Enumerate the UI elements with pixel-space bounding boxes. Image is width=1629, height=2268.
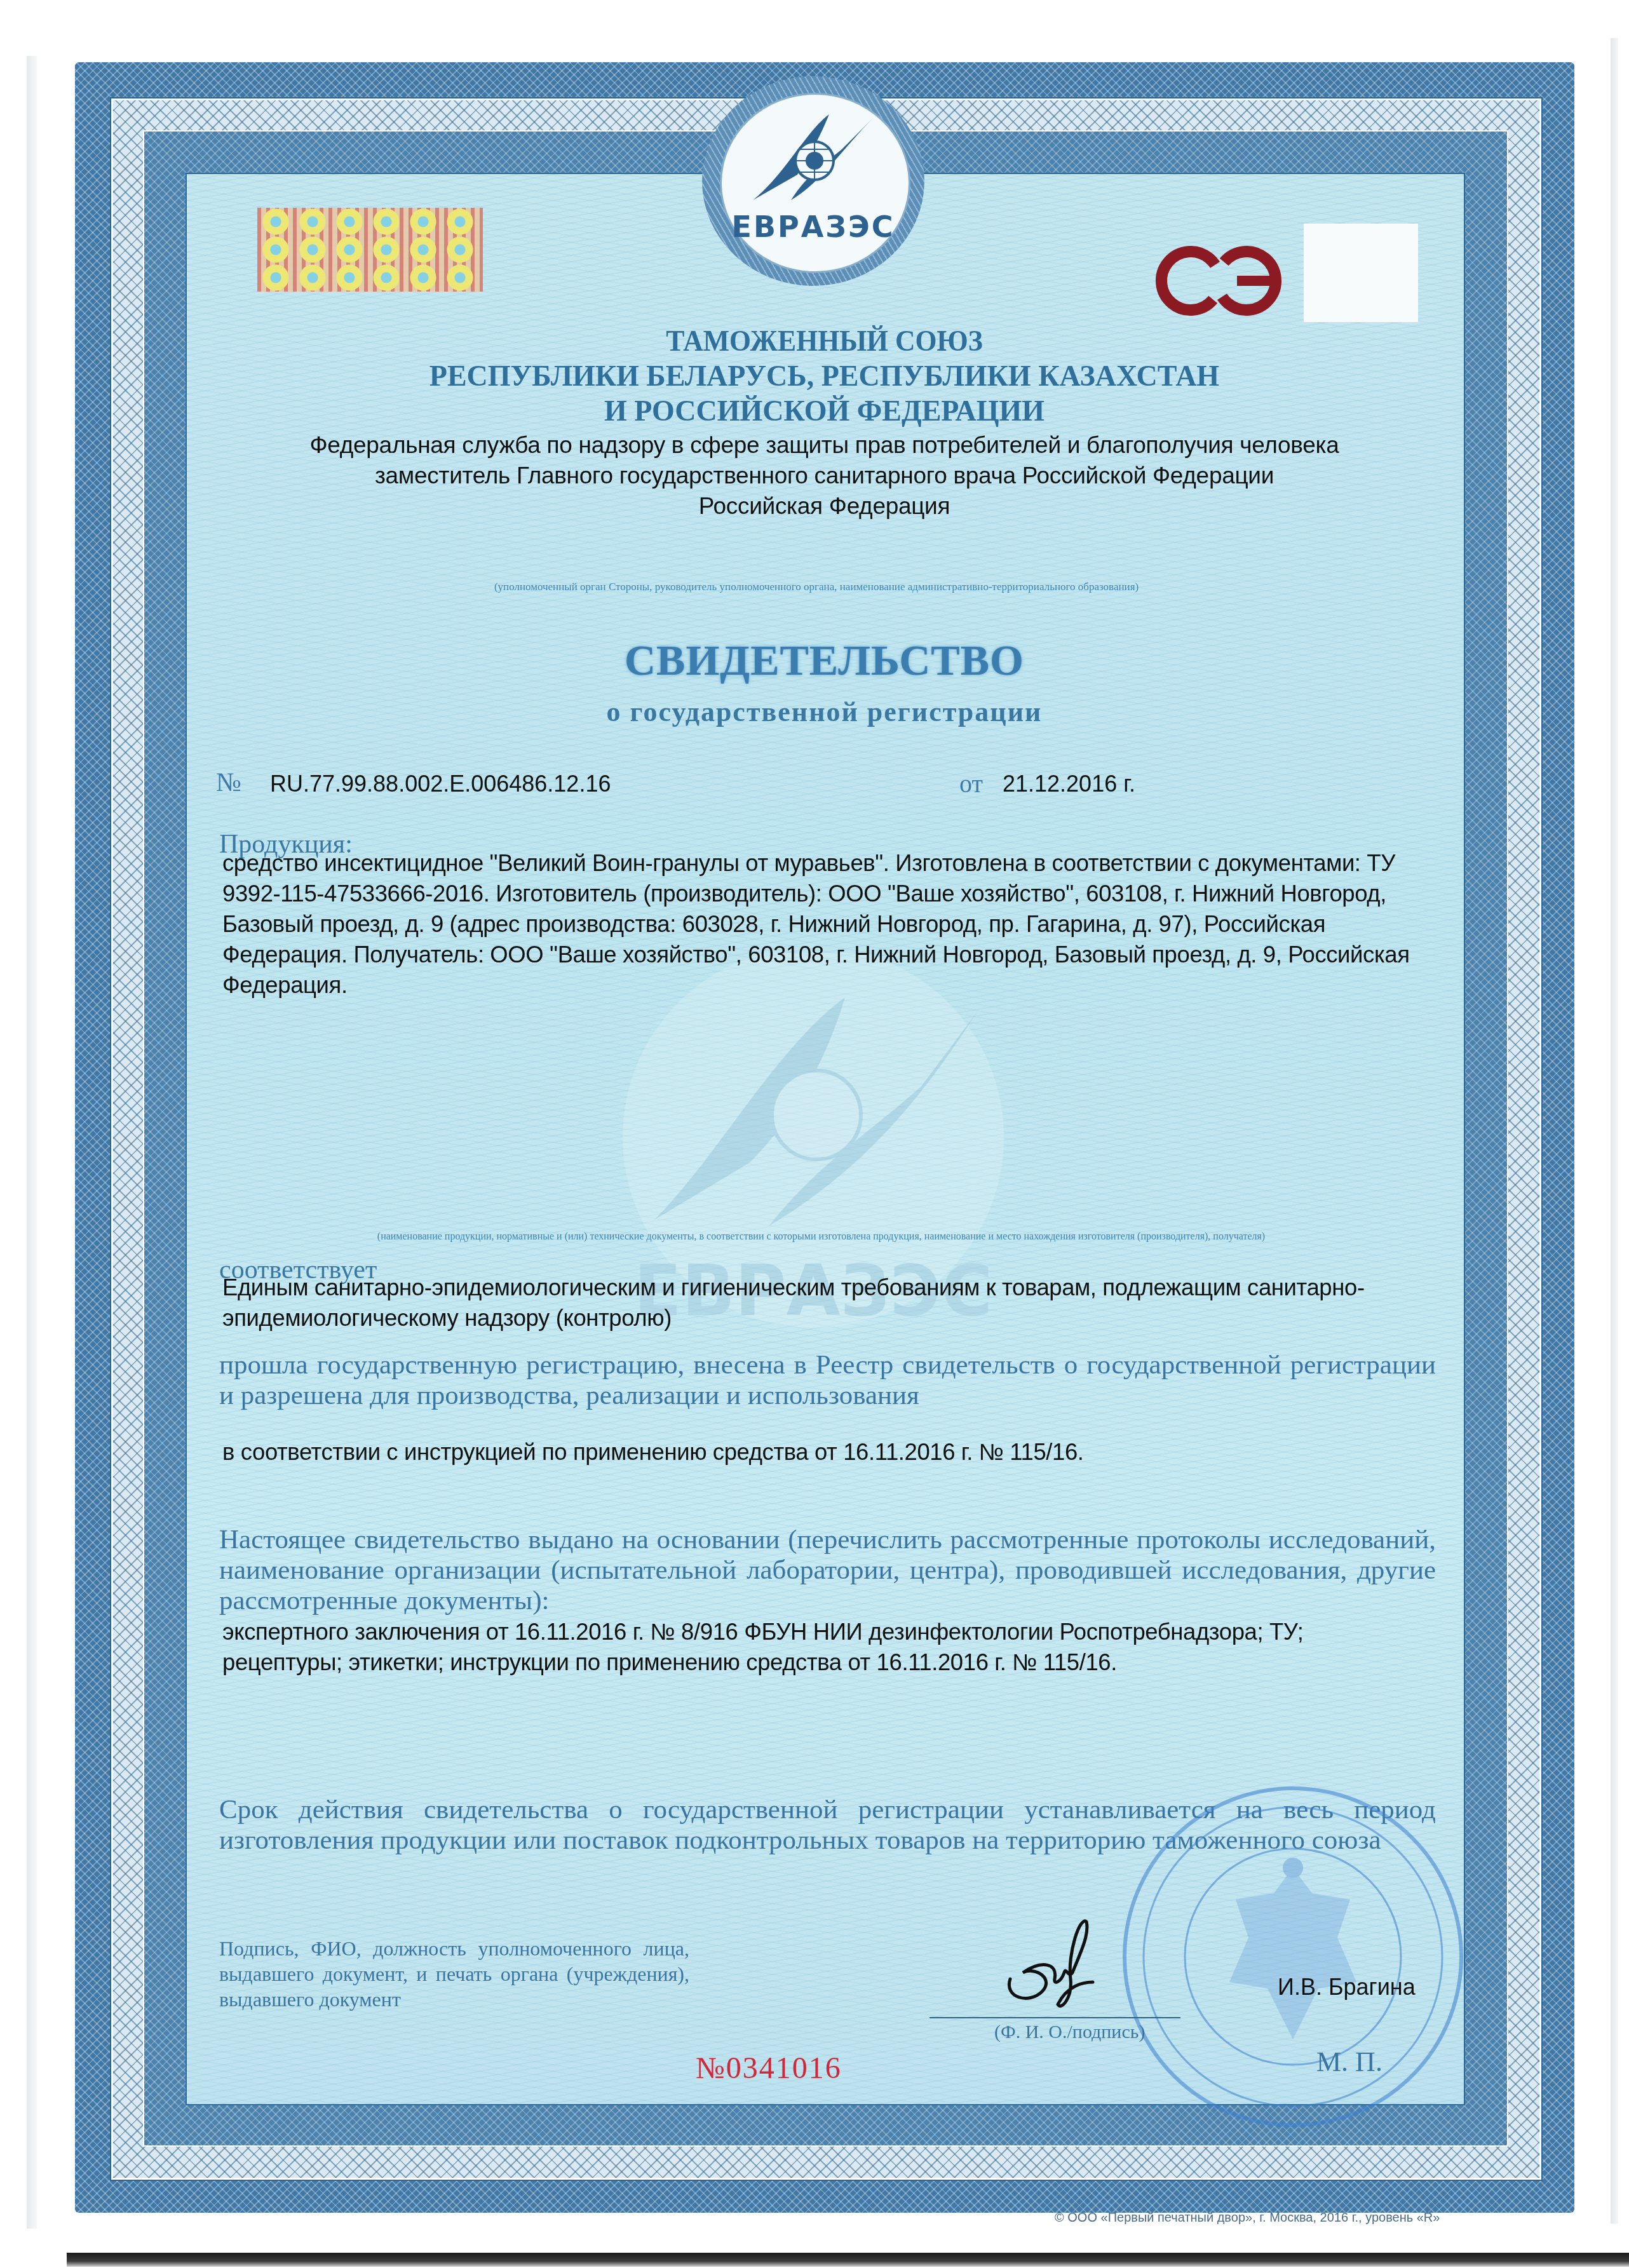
number-label: № bbox=[216, 767, 241, 798]
signature-line-caption: (Ф. И. О./подпись) bbox=[994, 2022, 1145, 2043]
certificate-date: 21.12.2016 г. bbox=[1003, 771, 1135, 797]
basis-statement: Настоящее свидетельство выдано на основа… bbox=[219, 1525, 1436, 1616]
handwritten-signature-icon bbox=[997, 1909, 1125, 2011]
signature-caption: Подпись, ФИО, должность уполномоченного … bbox=[219, 1936, 689, 2012]
member-states-line: РЕСПУБЛИКИ БЕЛАРУСЬ, РЕСПУБЛИКИ КАЗАХСТА… bbox=[187, 359, 1461, 393]
hologram-removed-patch bbox=[1304, 224, 1418, 322]
authority-official: заместитель Главного государственного са… bbox=[187, 462, 1461, 489]
basis-documents: экспертного заключения от 16.11.2016 г. … bbox=[222, 1617, 1430, 1678]
customs-union-conformity-mark-icon bbox=[1151, 243, 1291, 319]
scan-edge-bar bbox=[67, 2253, 1629, 2267]
product-description: средство инсектицидное "Великий Воин-гра… bbox=[222, 848, 1430, 1001]
official-seal-stamp-icon bbox=[1083, 1772, 1490, 2128]
member-states-line: И РОССИЙСКОЙ ФЕДЕРАЦИИ bbox=[187, 394, 1461, 428]
signer-name: И.В. Брагина bbox=[1278, 1974, 1416, 2001]
seal-place-label: М. П. bbox=[1316, 2046, 1382, 2078]
authority-country: Российская Федерация bbox=[187, 493, 1461, 520]
usage-instruction: в соответствии с инструкцией по применен… bbox=[222, 1437, 1430, 1468]
conformity-requirements: Единым санитарно-эпидемиологическим и ги… bbox=[222, 1272, 1430, 1333]
date-label: от bbox=[959, 769, 983, 799]
product-caption: (наименование продукции, нормативные и (… bbox=[213, 1231, 1430, 1243]
authority-caption: (уполномоченный орган Стороны, руководит… bbox=[289, 581, 1344, 593]
customs-union-title: ТАМОЖЕННЫЙ СОЮЗ bbox=[219, 324, 1430, 358]
signature-line bbox=[929, 2017, 1180, 2018]
page-edge-right bbox=[1611, 38, 1618, 2224]
hologram-sticker-icon bbox=[257, 208, 483, 292]
certificate-title: СВИДЕТЕЛЬСТВО bbox=[187, 635, 1461, 685]
printer-copyright: © ООО «Первый печатный двор», г. Москва,… bbox=[1055, 2211, 1440, 2225]
certificate-subtitle: о государственной регистрации bbox=[187, 696, 1461, 728]
form-serial-number: №0341016 bbox=[696, 2051, 842, 2086]
page-edge-left bbox=[27, 56, 37, 2229]
eurasec-emblem: ЕВРАЗЭС bbox=[702, 76, 924, 286]
certificate-number: RU.77.99.88.002.E.006486.12.16 bbox=[270, 771, 611, 797]
eurasec-logo-icon bbox=[747, 105, 880, 210]
emblem-label: ЕВРАЗЭС bbox=[702, 210, 924, 244]
registration-statement: прошла государственную регистрацию, внес… bbox=[219, 1350, 1436, 1411]
authority-name: Федеральная служба по надзору в сфере за… bbox=[187, 432, 1461, 459]
